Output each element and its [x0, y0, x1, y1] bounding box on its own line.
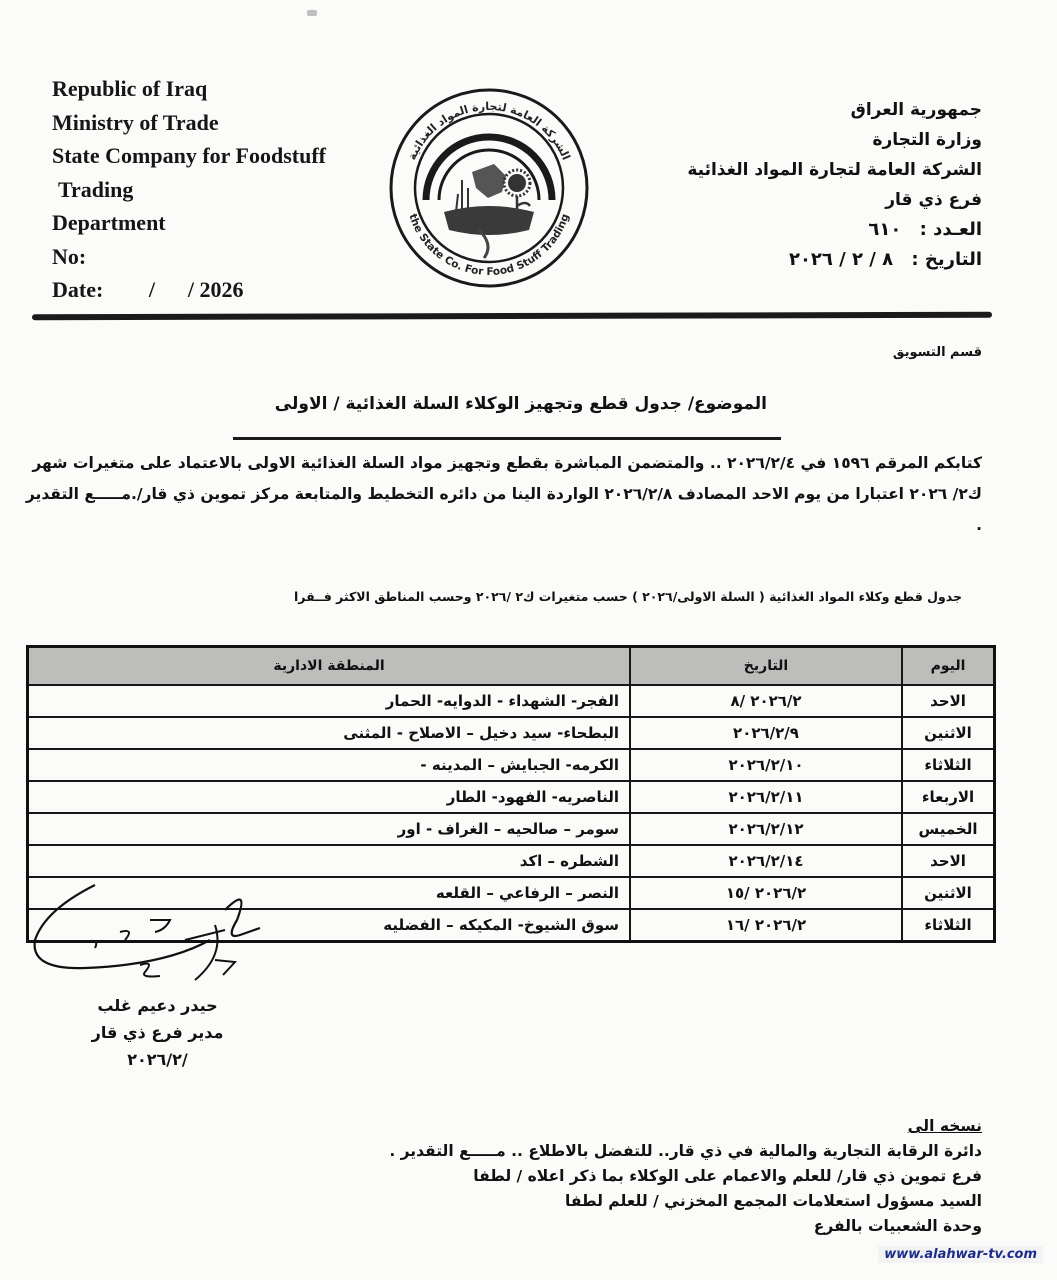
- scan-speck: [307, 10, 317, 16]
- company-emblem-icon: الشركة العامة لتجارة المواد الغذائية the…: [384, 80, 594, 290]
- signature-scribble-icon: [25, 880, 265, 990]
- ministry-name-en: Ministry of Trade: [52, 106, 326, 140]
- cell-date: ٢٠٢٦/٢/٩: [630, 717, 902, 749]
- date-label-en: Date:: [52, 273, 103, 307]
- date-label-ar: التاريخ :: [911, 249, 982, 270]
- header-date: التاريخ: [630, 647, 902, 686]
- number-label-en: No:: [52, 240, 326, 274]
- signatory-title: مدير فرع ذي قار: [75, 1019, 240, 1046]
- table-caption: جدول قطع وكلاء المواد الغذائية ( السلة ا…: [294, 589, 962, 604]
- number-value-ar: ٦١٠: [868, 215, 901, 245]
- header-divider: [32, 312, 992, 321]
- cell-day: الاحد: [902, 845, 995, 877]
- country-name-en: Republic of Iraq: [52, 72, 326, 106]
- cell-area: البطحاء- سيد دخيل – الاصلاح - المثنى: [28, 717, 631, 749]
- cell-area: الناصريه- الفهود- الطار: [28, 781, 631, 813]
- cell-date: ٢٠٢٦/٢/١٠: [630, 749, 902, 781]
- table-row: الاثنين ٢٠٢٦/٢/٩ البطحاء- سيد دخيل – الا…: [28, 717, 995, 749]
- cell-day: الاثنين: [902, 877, 995, 909]
- signatory-block: حيدر دعيم غلب مدير فرع ذي قار /٢٠٢٦/٢: [75, 992, 240, 1073]
- table-row: الاحد ٢٠٢٦/٢ /٨ الفجر- الشهداء - الدوايه…: [28, 685, 995, 717]
- letterhead-arabic: جمهورية العراق وزارة التجارة الشركة العا…: [687, 95, 982, 275]
- cell-area: الكرمه- الجبايش – المدينه -: [28, 749, 631, 781]
- cell-day: الاربعاء: [902, 781, 995, 813]
- cell-day: الاثنين: [902, 717, 995, 749]
- subject-line: الموضوع/ جدول قطع وتجهيز الوكلاء السلة ا…: [275, 394, 767, 414]
- cell-area: سومر – صالحيه – الغراف - اور: [28, 813, 631, 845]
- cell-date: ٢٠٢٦/٢/١٤: [630, 845, 902, 877]
- copies-to-title: نسخه الى: [389, 1114, 982, 1139]
- company-name-en-cont: Trading: [52, 173, 326, 207]
- cell-day: الثلاثاء: [902, 909, 995, 942]
- letter-body: كتابكم المرقم ١٥٩٦ في ٢٠٢٦/٢/٤ .. والمتض…: [22, 448, 982, 541]
- date-value-en: / / 2026: [149, 273, 244, 307]
- company-logo: الشركة العامة لتجارة المواد الغذائية the…: [384, 80, 594, 290]
- signature-date: /٢٠٢٦/٢: [75, 1046, 240, 1073]
- cc-recipient: وحدة الشعبيات بالفرع: [389, 1214, 982, 1239]
- department-name: قسم التسويق: [893, 345, 982, 360]
- cell-date: ٢٠٢٦/٢/١٢: [630, 813, 902, 845]
- table-row: الاحد ٢٠٢٦/٢/١٤ الشطره – اكد: [28, 845, 995, 877]
- number-label-ar: العـدد :: [920, 219, 982, 240]
- cc-recipient: فرع تموين ذي قار/ للعلم والاعمام على الو…: [389, 1164, 982, 1189]
- handwritten-signature: [25, 880, 265, 990]
- letterhead-english: Republic of Iraq Ministry of Trade State…: [52, 72, 326, 307]
- table-row: الاربعاء ٢٠٢٦/٢/١١ الناصريه- الفهود- الط…: [28, 781, 995, 813]
- header-day: اليوم: [902, 647, 995, 686]
- department-label-en: Department: [52, 206, 326, 240]
- company-name-ar: الشركة العامة لتجارة المواد الغذائية: [687, 155, 982, 185]
- cell-day: الخميس: [902, 813, 995, 845]
- cell-area: الشطره – اكد: [28, 845, 631, 877]
- company-name-en: State Company for Foodstuff: [52, 139, 326, 173]
- copies-to-section: نسخه الى دائرة الرقابة التجارية والمالية…: [389, 1114, 982, 1239]
- signatory-name: حيدر دعيم غلب: [75, 992, 240, 1019]
- source-watermark: www.alahwar-tv.com: [878, 1246, 1043, 1263]
- branch-name-ar: فرع ذي قار: [687, 185, 982, 215]
- subject-underline: [233, 437, 781, 440]
- table-row: الخميس ٢٠٢٦/٢/١٢ سومر – صالحيه – الغراف …: [28, 813, 995, 845]
- cell-date: ٢٠٢٦/٢ /١٦: [630, 909, 902, 942]
- reference-number-line: العـدد : ٦١٠: [687, 215, 982, 245]
- table-row: الثلاثاء ٢٠٢٦/٢/١٠ الكرمه- الجبايش – الم…: [28, 749, 995, 781]
- cell-date: ٢٠٢٦/٢ /١٥: [630, 877, 902, 909]
- cell-day: الثلاثاء: [902, 749, 995, 781]
- cell-date: ٢٠٢٦/٢ /٨: [630, 685, 902, 717]
- cell-day: الاحد: [902, 685, 995, 717]
- date-line-en: Date: / / 2026: [52, 273, 326, 307]
- cell-date: ٢٠٢٦/٢/١١: [630, 781, 902, 813]
- ministry-name-ar: وزارة التجارة: [687, 125, 982, 155]
- country-name-ar: جمهورية العراق: [687, 95, 982, 125]
- table-header-row: اليوم التاريخ المنطقة الادارية: [28, 647, 995, 686]
- date-line-ar: التاريخ : ٨ / ٢ / ٢٠٢٦: [687, 245, 982, 275]
- cc-recipient: السيد مسؤول استعلامات المجمع المخزني / ل…: [389, 1189, 982, 1214]
- date-value-ar: ٨ / ٢ / ٢٠٢٦: [789, 245, 893, 275]
- cc-recipient: دائرة الرقابة التجارية والمالية في ذي قا…: [389, 1139, 982, 1164]
- cell-area: الفجر- الشهداء - الدوايه- الحمار: [28, 685, 631, 717]
- header-area: المنطقة الادارية: [28, 647, 631, 686]
